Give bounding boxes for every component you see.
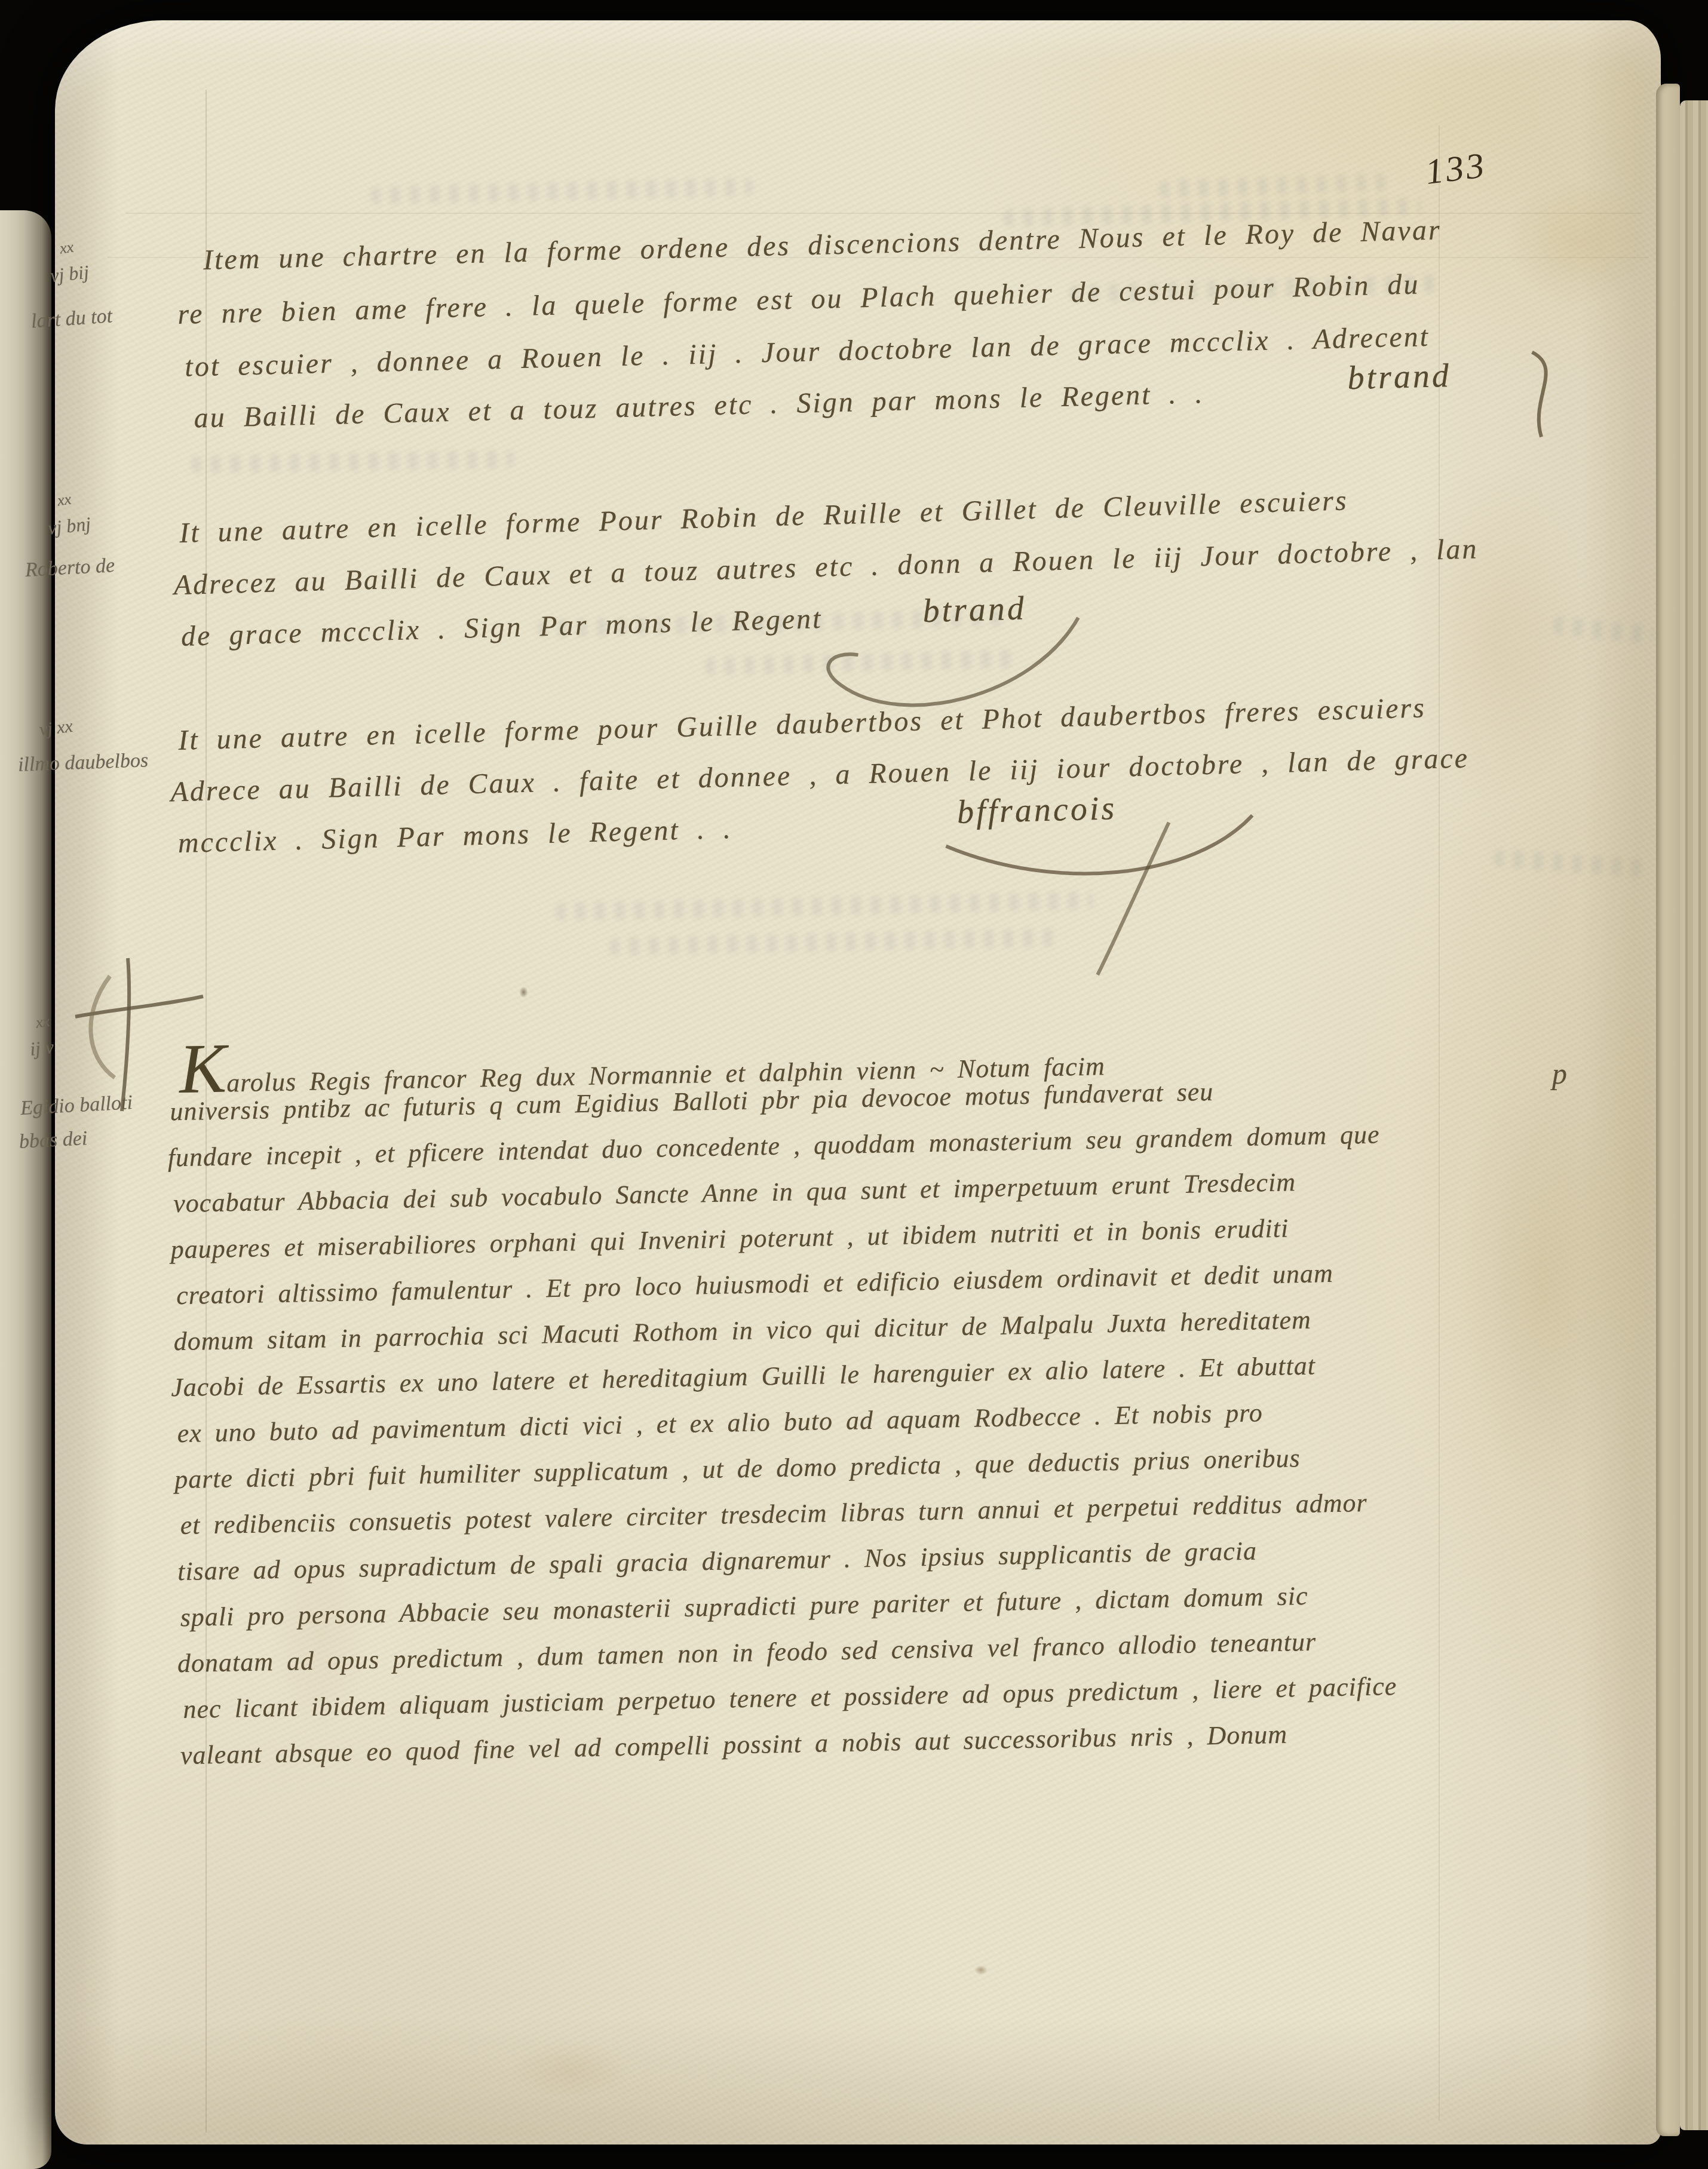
margin-note: illmo daubelbos xyxy=(17,749,148,777)
margin-note: vj bnj xyxy=(47,513,91,539)
margin-note: bbas dei xyxy=(19,1127,88,1153)
margin-letter-p: p xyxy=(1552,1056,1567,1091)
ink-speck xyxy=(973,1964,989,1976)
folio-number: 133 xyxy=(1423,145,1489,193)
cross-mark xyxy=(70,955,208,1116)
margin-note: vj bij xyxy=(49,261,90,287)
margin-note: xx xyxy=(35,1013,51,1032)
margin-note: vj xx xyxy=(38,716,74,741)
stain xyxy=(1476,149,1679,335)
margin-note: Roberto de xyxy=(24,554,115,582)
margin-note: xx xyxy=(56,490,72,510)
margin-note: ij v xyxy=(29,1036,55,1060)
stain xyxy=(1422,986,1661,1583)
ruling-line-horizontal xyxy=(108,257,1649,258)
manuscript-photo: 133 xx vj bij lart du tot xx vj bnj Robe… xyxy=(0,0,1708,2169)
stain xyxy=(490,2031,651,2109)
ink-speck xyxy=(519,986,529,999)
page-stack-edge xyxy=(1680,100,1708,2130)
margin-note: xx xyxy=(59,238,75,258)
stain xyxy=(251,1505,388,1762)
parchment-page xyxy=(55,20,1661,2145)
page-stack-edge xyxy=(1656,84,1680,2136)
facing-page-edge xyxy=(0,210,51,2169)
